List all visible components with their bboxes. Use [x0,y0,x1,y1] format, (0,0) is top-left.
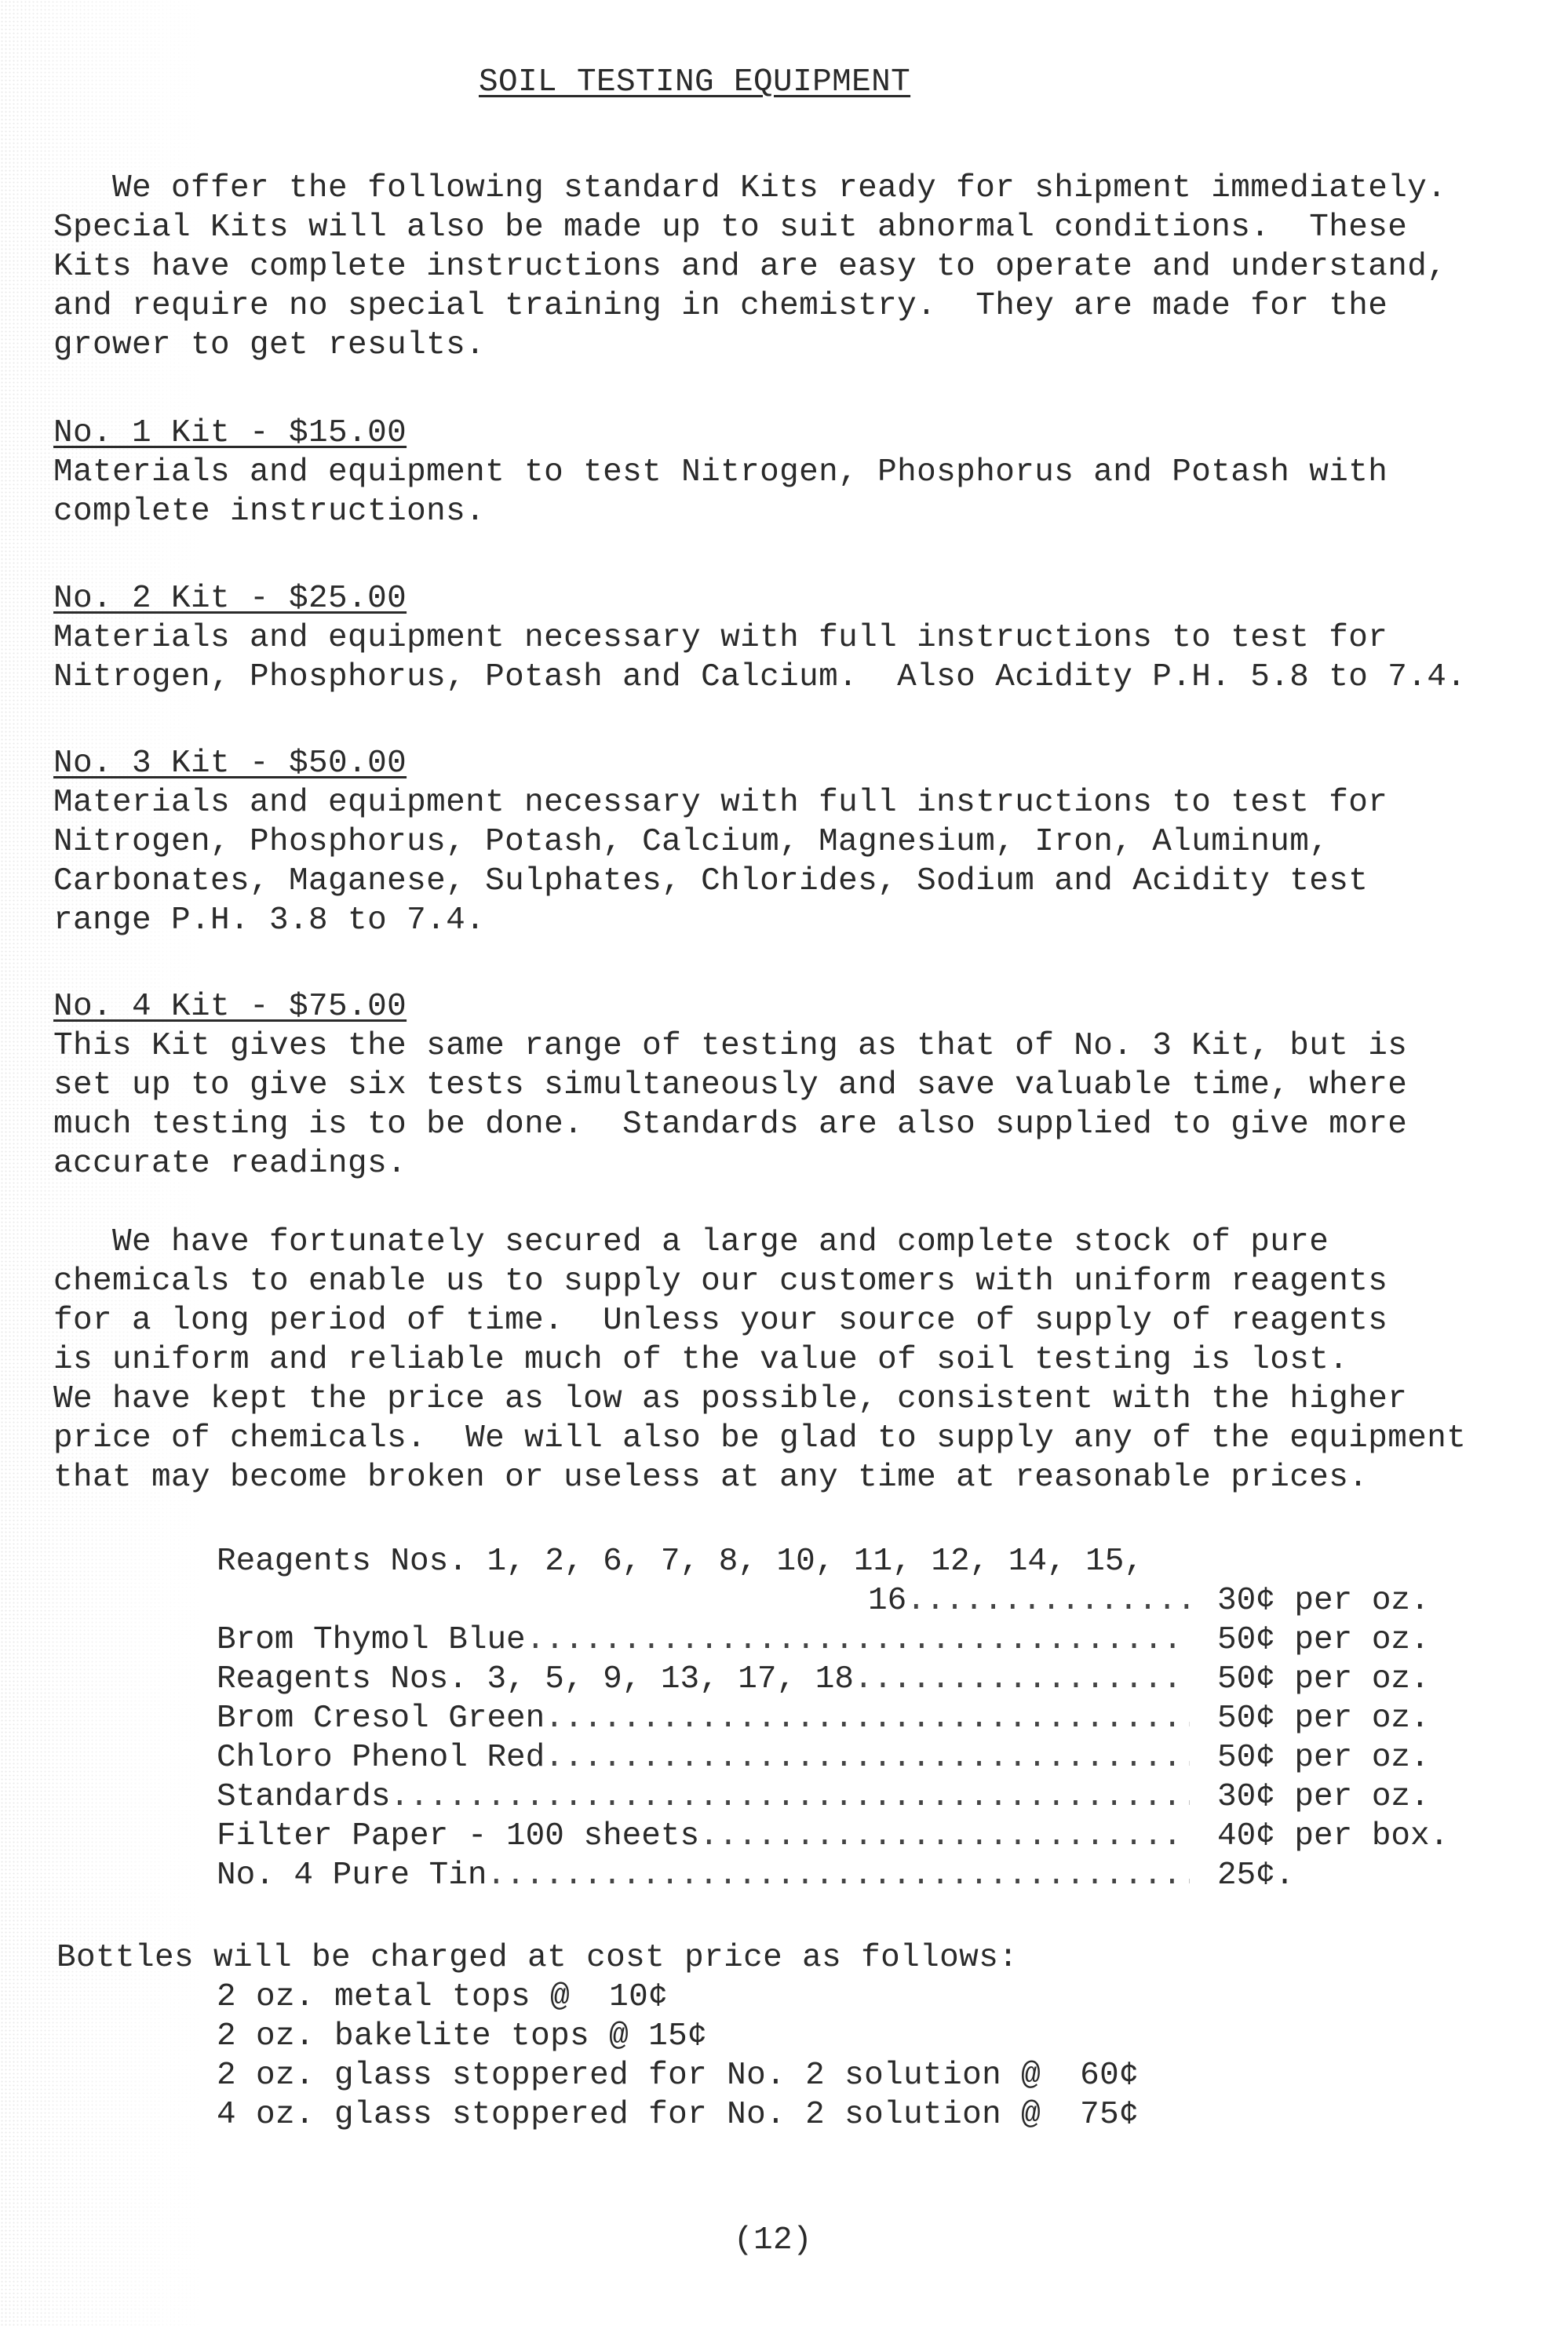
price-item-name: 16 [868,1581,906,1621]
kit-description-line: set up to give six tests simultaneously … [53,1066,1407,1105]
leader-dots: ........................................… [545,1699,1190,1738]
price-item-name: Standards [217,1777,390,1817]
price-value: 25¢. [1217,1856,1294,1895]
price-item-name: Filter Paper - 100 sheets [217,1817,699,1856]
page-number: (12) [734,2221,812,2260]
leader-dots: ........................................… [699,1817,1190,1856]
kit-description-line: much testing is to be done. Standards ar… [53,1105,1407,1144]
stock-line: for a long period of time. Unless your s… [53,1301,1387,1340]
price-row: Brom Thymol Blue........................… [217,1621,1472,1660]
price-item-name: Chloro Phenol Red [217,1738,545,1777]
price-item-name: Brom Thymol Blue [217,1621,526,1660]
intro-line: Special Kits will also be made up to sui… [53,208,1407,247]
kit-description-line: accurate readings. [53,1144,407,1183]
price-item-name: Reagents Nos. 3, 5, 9, 13, 17, 18 [217,1660,854,1699]
leader-dots: ........................................… [545,1738,1190,1777]
leader-dots: ........................................… [487,1856,1190,1895]
kit-heading: No. 1 Kit - $15.00 [53,414,407,453]
price-row: Filter Paper - 100 sheets...............… [217,1817,1472,1856]
leader-dots: ........................................… [854,1660,1190,1699]
price-row: Reagents Nos. 3, 5, 9, 13, 17, 18.......… [217,1660,1472,1699]
price-item-name: Brom Cresol Green [217,1699,545,1738]
page-title: SOIL TESTING EQUIPMENT [479,63,910,102]
price-row: No. 4 Pure Tin..........................… [217,1856,1472,1895]
leader-dots: ........................................… [526,1621,1190,1660]
price-value: 50¢ per oz. [1217,1738,1430,1777]
bottles-intro: Bottles will be charged at cost price as… [57,1938,1018,1978]
kit-description-line: This Kit gives the same range of testing… [53,1026,1407,1066]
leader-dots: ........................................… [390,1777,1190,1817]
bottle-item: 2 oz. bakelite tops @ 15¢ [217,2017,707,2056]
price-item-name: No. 4 Pure Tin [217,1856,487,1895]
kit-heading: No. 2 Kit - $25.00 [53,579,407,618]
stock-line: chemicals to enable us to supply our cus… [53,1262,1387,1301]
kit-description-line: complete instructions. [53,492,485,531]
kit-heading: No. 3 Kit - $50.00 [53,744,407,783]
price-row: 16......................................… [217,1581,1472,1621]
kit-description-line: Materials and equipment necessary with f… [53,783,1387,822]
stock-line: We have kept the price as low as possibl… [53,1380,1407,1419]
intro-line: We offer the following standard Kits rea… [53,169,1446,208]
bottle-item: 2 oz. glass stoppered for No. 2 solution… [217,2056,1139,2095]
leader-dots: ........................................… [906,1581,1190,1621]
price-value: 30¢ per oz. [1217,1777,1430,1817]
stock-line: price of chemicals. We will also be glad… [53,1419,1466,1458]
kit-description-line: range P.H. 3.8 to 7.4. [53,901,485,940]
price-value: 50¢ per oz. [1217,1660,1430,1699]
kit-heading: No. 4 Kit - $75.00 [53,987,407,1026]
price-item-name: Reagents Nos. 1, 2, 6, 7, 8, 10, 11, 12,… [217,1542,1143,1581]
price-value: 40¢ per box. [1217,1817,1449,1856]
stock-line: is uniform and reliable much of the valu… [53,1340,1348,1380]
kit-description-line: Materials and equipment to test Nitrogen… [53,453,1387,492]
intro-line: and require no special training in chemi… [53,286,1387,326]
stock-line: that may become broken or useless at any… [53,1458,1368,1497]
intro-line: grower to get results. [53,326,485,365]
bottle-item: 4 oz. glass stoppered for No. 2 solution… [217,2095,1139,2135]
kit-description-line: Carbonates, Maganese, Sulphates, Chlorid… [53,862,1368,901]
kit-description-line: Nitrogen, Phosphorus, Potash, Calcium, M… [53,822,1329,862]
price-value: 50¢ per oz. [1217,1699,1430,1738]
intro-line: Kits have complete instructions and are … [53,247,1446,286]
price-value: 30¢ per oz. [1217,1581,1430,1621]
kit-description-line: Nitrogen, Phosphorus, Potash and Calcium… [53,658,1466,697]
price-item-line: Reagents Nos. 1, 2, 6, 7, 8, 10, 11, 12,… [217,1542,1472,1581]
stock-line: We have fortunately secured a large and … [53,1223,1329,1262]
price-row: Standards...............................… [217,1777,1472,1817]
price-row: Brom Cresol Green.......................… [217,1699,1472,1738]
document-page: SOIL TESTING EQUIPMENT We offer the foll… [0,0,1568,2326]
price-value: 50¢ per oz. [1217,1621,1430,1660]
price-row: Chloro Phenol Red.......................… [217,1738,1472,1777]
kit-description-line: Materials and equipment necessary with f… [53,618,1387,658]
bottle-item: 2 oz. metal tops @ 10¢ [217,1978,668,2017]
